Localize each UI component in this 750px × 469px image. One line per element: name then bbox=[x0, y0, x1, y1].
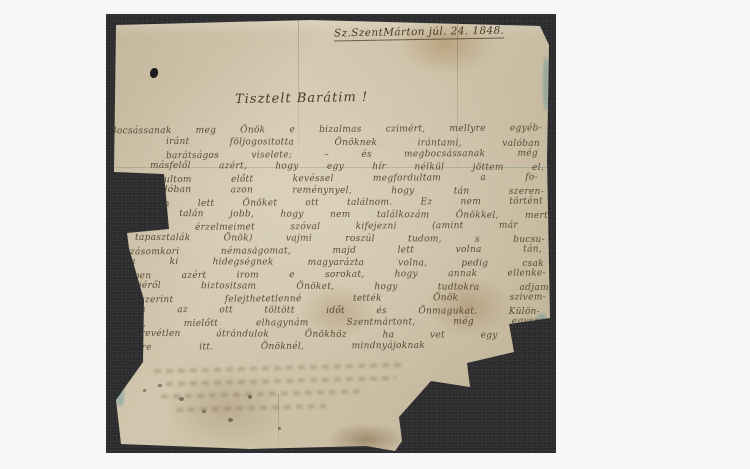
ink-speck bbox=[228, 418, 233, 422]
letter-dateline: Sz.SzentMárton júl. 24. 1848. bbox=[334, 25, 505, 42]
letter-line: iránt följogositotta Önöknek irántami, v… bbox=[166, 137, 540, 150]
ghost-text-row bbox=[161, 389, 361, 398]
ghost-text-row bbox=[154, 363, 404, 374]
ghost-text-row bbox=[166, 376, 396, 386]
letter-line: barátságos viselete; – és megbocsássanak… bbox=[166, 149, 538, 163]
letter-salutation: Tisztelt Barátim ! bbox=[235, 90, 368, 107]
scan-viewer: Sz.SzentMárton júl. 24. 1848. Tisztelt B… bbox=[0, 0, 750, 469]
letter-line: én érzelmeimet szóval kifejezni (amint m… bbox=[148, 221, 518, 235]
teal-smudge bbox=[543, 58, 549, 110]
letter-paper: Sz.SzentMárton júl. 24. 1848. Tisztelt B… bbox=[106, 14, 556, 453]
fold-crease-vertical bbox=[278, 394, 279, 449]
letter-line: Bocsássanak meg Önök e bizalmas czimért,… bbox=[110, 123, 542, 137]
ink-speck bbox=[278, 427, 281, 430]
photo-mat: Sz.SzentMárton júl. 24. 1848. Tisztelt B… bbox=[106, 14, 556, 453]
ink-speck bbox=[143, 389, 146, 392]
ghost-text-row bbox=[176, 404, 326, 412]
ink-speck bbox=[158, 384, 162, 387]
teal-smudge bbox=[116, 380, 124, 406]
letter-line: évére itt. Önöknél, mindnyájoknak bbox=[125, 341, 425, 354]
paper-hole bbox=[150, 68, 158, 78]
letter-line: észrevétlen átrándulok Önökhöz ha vet eg… bbox=[125, 329, 549, 342]
